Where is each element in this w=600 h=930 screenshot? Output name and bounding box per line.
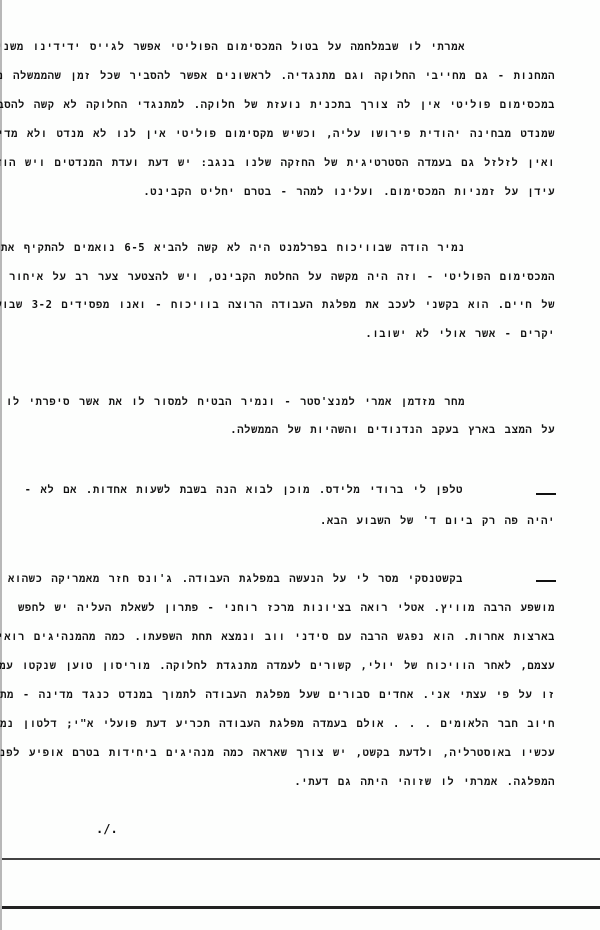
paragraph-3-line-2: על המצב בארץ בעקב הנדנודים והשהיות של המ… <box>230 423 555 437</box>
paragraph-1-line-1: אמרתי לו שבמלחמה על בטול המכסימום הפוליט… <box>0 40 465 54</box>
page-continuation-mark: ./. <box>96 822 118 836</box>
paragraph-1-line-6: עידן על זמניות המכסימום. ועלינו למהר - ב… <box>143 185 555 199</box>
paragraph-4-line-1: טלפן לי ברודי מלידס. מוכן לבוא הנה בשבת … <box>25 483 463 497</box>
paragraph-5-dash-marker <box>536 580 556 582</box>
paragraph-5-line-4: עצמם, לאחר הוויכוח של יולי, קשורים לעמדה… <box>0 659 555 673</box>
paragraph-5-line-5: זו על פי עצתי אני. אחדים סבורים שעל מפלג… <box>0 688 555 702</box>
paragraph-1-line-4: שמנדט מבחינה יהודית פירושו עליה, וכשיש מ… <box>0 127 555 141</box>
paragraph-1-line-2: המחנות - גם מחייבי החלוקה וגם מתנגדיה. ל… <box>0 69 555 83</box>
paragraph-2-line-3: של חיים. הוא בקשני לעכב את מפלגת העבודה … <box>0 298 555 312</box>
paragraph-5-line-7: עכשיו באוסטרליה, ולדעת בקשט, יש צורך שאר… <box>0 746 555 760</box>
paragraph-5-line-3: בארצות אחרות. הוא נפגש הרבה עם סידני ווב… <box>0 630 555 644</box>
document-page: אמרתי לו שבמלחמה על בטול המכסימום הפוליט… <box>2 0 600 930</box>
paragraph-2-line-4: יקרים - אשר אולי לא ישובו. <box>365 327 555 341</box>
paragraph-2-line-2: המכסימום הפוליטי - וזה היה מקשה על החלטת… <box>0 270 555 284</box>
paragraph-5-line-8: המפלגה. אמרתי לו שזוהי היתה גם דעתי. <box>294 775 555 789</box>
paragraph-4-line-2: יהיה פה רק ביום ד' של השבוע הבא. <box>320 514 555 528</box>
scan-artifact-line-top <box>2 858 600 860</box>
paragraph-2-line-1: נמיר הודה שבוויכוח בפרלמנט היה לא קשה לה… <box>1 241 465 255</box>
paragraph-5-line-6: חיוב חבר הלאומים . . . אולם בעמדה מפלגת … <box>0 717 555 731</box>
paragraph-5-line-2: מושפע הרבה מוויץ. אטלי רואה בציונות מרכז… <box>18 601 555 615</box>
scan-artifact-line-bottom <box>2 906 600 909</box>
paragraph-1-line-3: במכסימום פוליטי אין לה צורך בתכנית נועזת… <box>0 98 555 112</box>
paragraph-3-line-1: מחר מזדמן אמרי למנצ'סטר - ונמיר הבטיח למ… <box>6 395 465 409</box>
paragraph-1-line-5: ואין לזלזל גם בעמדה הסטרטיגית של החזקה ש… <box>0 156 555 170</box>
paragraph-5-line-1: בקשטנסקי מסר לי על הנעשה במפלגת העבודה. … <box>8 572 463 586</box>
paragraph-4-dash-marker <box>536 493 556 495</box>
